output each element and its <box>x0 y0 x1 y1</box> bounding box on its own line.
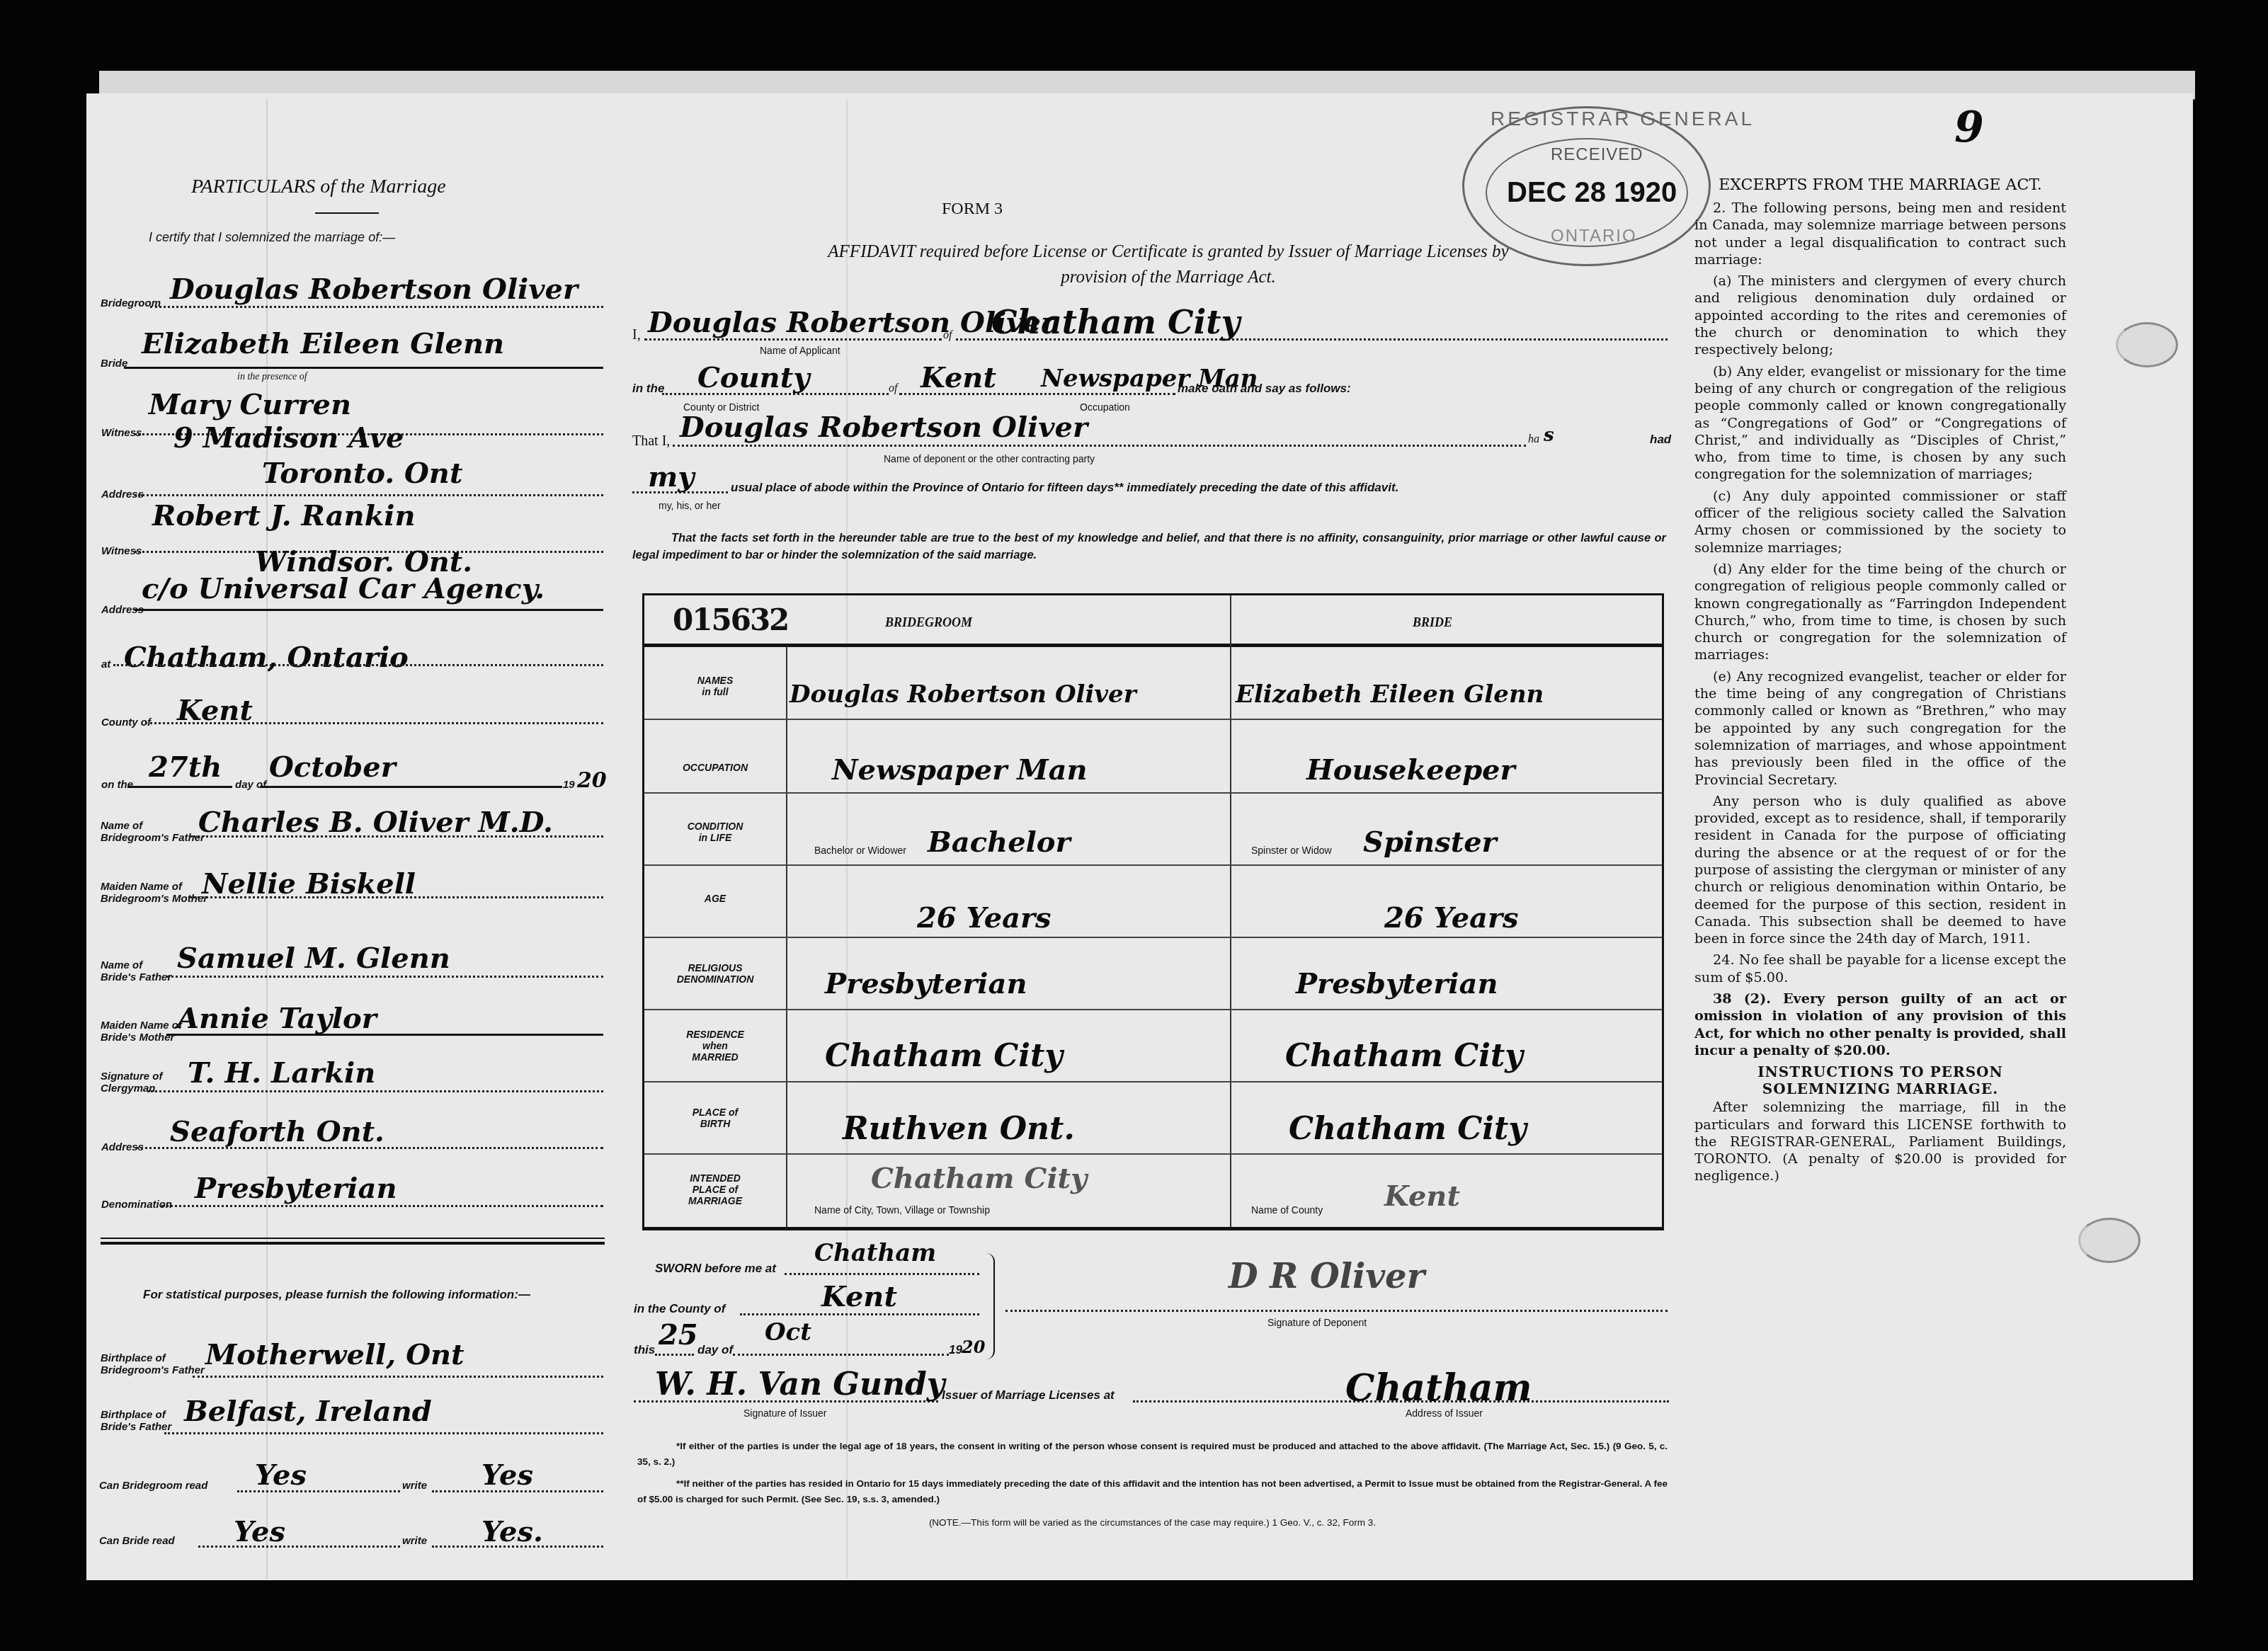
label-line: Bridegroom's Father <box>101 1364 205 1376</box>
row-label-occupation: OCCUPATION <box>644 762 786 773</box>
row-divider <box>644 1153 1662 1155</box>
cell-bride-condition[interactable]: Spinster <box>1363 825 1497 859</box>
label-line: MARRIED <box>644 1051 786 1063</box>
label-that-i: That I, <box>632 433 670 450</box>
affidavit-title-bold: AFFIDAVIT <box>828 242 915 261</box>
row-label-religion: RELIGIOUSDENOMINATION <box>644 962 786 985</box>
label-year-prefix: 19 <box>563 779 575 791</box>
label-line: Name of <box>101 959 171 971</box>
line <box>260 786 562 788</box>
label-line: PLACE of <box>644 1107 786 1118</box>
label-line: DENOMINATION <box>644 973 786 985</box>
label-line: CONDITION <box>644 821 786 832</box>
row-label-birthplace: PLACE ofBIRTH <box>644 1107 786 1129</box>
stamp-received: RECEIVED <box>1551 145 1643 165</box>
cell-bride-age[interactable]: 26 Years <box>1384 901 1519 935</box>
excerpt-paragraph: (a) The ministers and clergymen of every… <box>1694 273 2066 358</box>
label-line: AGE <box>644 893 786 904</box>
affidavit-title-rest-2: provision of the Marriage Act. <box>1061 268 1275 287</box>
certificate-number: 015632 <box>673 602 788 637</box>
label-i: I, <box>632 327 641 343</box>
label-line: NAMES <box>644 675 786 686</box>
label-of: of <box>943 329 952 342</box>
row-divider <box>644 864 1662 866</box>
value-bride-read[interactable]: Yes <box>234 1515 285 1548</box>
line <box>127 786 232 788</box>
label-presence: in the presence of <box>237 372 307 383</box>
line <box>1005 1310 1668 1312</box>
cell-groom-birthplace[interactable]: Ruthven Ont. <box>843 1111 1075 1147</box>
line <box>198 1546 400 1548</box>
value-bridegroom[interactable]: Douglas Robertson Oliver <box>170 273 578 306</box>
label-line: Maiden Name of <box>101 881 207 893</box>
value-sworn-month[interactable]: Oct <box>765 1318 811 1347</box>
cell-groom-religion[interactable]: Presbyterian <box>825 967 1027 1000</box>
label-line: MARRIAGE <box>644 1195 786 1206</box>
excerpt-paragraph: (b) Any elder, evangelist or missionary … <box>1694 363 2066 484</box>
table-header <box>644 595 1662 647</box>
cell-intended-city[interactable]: Chatham City <box>871 1162 1087 1195</box>
table-divider <box>1230 595 1231 1227</box>
particulars-title-rest: of the Marriage <box>320 176 445 198</box>
label-in-the: in the <box>632 382 664 394</box>
label-on-the: on the <box>101 779 133 791</box>
label-bride-mother: Maiden Name of Bride's Mother <box>101 1019 182 1044</box>
label-of: of <box>889 382 897 395</box>
cell-intended-county[interactable]: Kent <box>1384 1179 1460 1213</box>
value-sworn-place[interactable]: Chatham <box>814 1239 936 1267</box>
label-groom-father: Name of Bridegroom's Father <box>101 820 205 844</box>
divider <box>101 1238 605 1239</box>
label-line: RESIDENCE <box>644 1029 786 1040</box>
label-line: Clergyman <box>101 1082 163 1095</box>
excerpt-paragraph: 2. The following persons, being men and … <box>1694 200 2066 268</box>
line <box>135 609 603 611</box>
line <box>124 367 603 369</box>
form-label: FORM 3 <box>942 200 1003 219</box>
value-groom-father[interactable]: Charles B. Oliver M.D. <box>198 806 553 839</box>
line <box>733 1354 949 1356</box>
label-year-prefix: 19 <box>949 1344 962 1356</box>
line <box>161 1205 603 1207</box>
stamp-ring-text: REGISTRAR GENERAL <box>1491 108 1755 130</box>
label-line: when <box>644 1040 786 1051</box>
footnote-residence: **If neither of the parties has resided … <box>637 1476 1668 1507</box>
punch-hole <box>2078 1218 2141 1263</box>
hint-spinster-or-widow: Spinster or Widow <box>1251 845 1332 856</box>
label-line: Bridegroom's Father <box>101 832 205 844</box>
row-label-intended-place: INTENDEDPLACE ofMARRIAGE <box>644 1172 786 1206</box>
value-county-word[interactable]: County <box>697 361 809 394</box>
hint-my-his-her: my, his, or her <box>659 500 721 511</box>
row-label-condition: CONDITIONin LIFE <box>644 821 786 843</box>
particulars-title: PARTICULARS of the Marriage <box>191 176 446 198</box>
value-month[interactable]: October <box>269 750 396 784</box>
line <box>740 1313 979 1315</box>
brace <box>986 1253 995 1359</box>
label-had: had <box>1650 433 1671 445</box>
label-write: write <box>402 1480 427 1492</box>
label-line: Maiden Name of <box>101 1019 182 1032</box>
value-clergy-address[interactable]: Seaforth Ont. <box>170 1115 384 1148</box>
value-groom-write[interactable]: Yes <box>481 1458 533 1492</box>
value-sworn-county[interactable]: Kent <box>821 1280 897 1313</box>
stamp-date: DEC 28 1920 <box>1507 177 1677 209</box>
hint-name-of-deponent: Name of deponent or the other contractin… <box>884 453 1095 464</box>
label-line: Bride's Father <box>101 1421 171 1433</box>
punch-hole <box>2116 322 2178 367</box>
line <box>785 1273 979 1275</box>
value-witness2-address-line2[interactable]: c/o Universal Car Agency. <box>142 572 545 605</box>
particulars-title-main: PARTICULARS <box>191 176 315 198</box>
label-line: Name of <box>101 820 205 832</box>
cell-bride-birthplace[interactable]: Chatham City <box>1289 1111 1527 1147</box>
cell-groom-residence[interactable]: Chatham City <box>825 1038 1063 1074</box>
line <box>150 306 603 308</box>
label-bride-read: Can Bride read <box>99 1535 175 1547</box>
divider <box>101 1242 605 1245</box>
value-bride-mother[interactable]: Annie Taylor <box>177 1002 377 1035</box>
value-bride[interactable]: Elizabeth Eileen Glenn <box>142 327 504 360</box>
label-bride-father: Name of Bride's Father <box>101 959 171 983</box>
marriage-act-excerpts: EXCERPTS FROM THE MARRIAGE ACT. 2. The f… <box>1694 177 2066 1189</box>
label-line: INTENDED <box>644 1172 786 1184</box>
label-bride-father-birthplace: Birthplace of Bride's Father <box>101 1409 171 1433</box>
line <box>164 1432 603 1434</box>
value-witness1-address-line2[interactable]: Toronto. Ont <box>262 457 462 490</box>
line <box>673 445 1526 447</box>
excerpt-paragraph: (d) Any elder for the time being of the … <box>1694 561 2066 664</box>
line <box>147 1090 603 1092</box>
hint-bachelor-or-widower: Bachelor or Widower <box>814 845 906 856</box>
line <box>193 1376 603 1378</box>
cell-bride-name[interactable]: Elizabeth Eileen Glenn <box>1236 680 1544 709</box>
excerpt-paragraph: (e) Any recognized evangelist, teacher o… <box>1694 668 2066 789</box>
value-clergyman-signature[interactable]: T. H. Larkin <box>188 1056 375 1090</box>
facts-statement: That the facts set forth in the hereunde… <box>632 530 1666 564</box>
label-day-of: day of <box>697 1344 733 1356</box>
label-make-oath: make oath and say as follows: <box>1178 382 1351 394</box>
row-label-residence: RESIDENCEwhenMARRIED <box>644 1029 786 1063</box>
value-issuer-signature[interactable]: W. H. Van Gundy <box>655 1366 945 1403</box>
value-ha-suffix[interactable]: s <box>1544 425 1554 446</box>
excerpt-paragraph: 38 (2). Every person guilty of an act or… <box>1694 990 2066 1059</box>
divider <box>315 212 379 214</box>
line <box>135 494 603 496</box>
label-line: Birthplace of <box>101 1409 171 1421</box>
label-this: this <box>634 1344 655 1356</box>
hint-signature-of-deponent: Signature of Deponent <box>1267 1317 1367 1328</box>
cell-groom-occupation[interactable]: Newspaper Man <box>832 753 1088 787</box>
column-header-bride: BRIDE <box>1413 615 1452 630</box>
line <box>113 664 603 666</box>
hint-name-of-applicant: Name of Applicant <box>760 345 840 356</box>
row-divider <box>644 792 1662 794</box>
cell-groom-age[interactable]: 26 Years <box>917 901 1052 935</box>
label-issuer-at: Issuer of Marriage Licenses at <box>942 1389 1115 1401</box>
value-groom-father-birthplace[interactable]: Motherwell, Ont <box>205 1338 465 1371</box>
value-year[interactable]: 20 <box>577 768 607 793</box>
row-divider <box>644 937 1662 938</box>
value-groom-mother[interactable]: Nellie Biskell <box>202 867 416 901</box>
label-in-county-of: in the County of <box>634 1303 725 1315</box>
hint-county: Name of County <box>1251 1204 1323 1216</box>
value-bride-write[interactable]: Yes. <box>481 1515 543 1548</box>
corner-mark: 9 <box>1954 103 1984 152</box>
instructions-title: INSTRUCTIONS TO PERSON SOLEMNIZING MARRI… <box>1694 1063 2066 1097</box>
label-line: Signature of <box>101 1070 163 1082</box>
label-line: PLACE of <box>644 1184 786 1195</box>
particulars-table: 015632 BRIDEGROOM BRIDE NAMESin full Dou… <box>642 593 1664 1230</box>
row-divider <box>644 1009 1662 1010</box>
label-line: Birthplace of <box>101 1352 205 1364</box>
row-divider <box>644 1081 1662 1082</box>
label-groom-father-birthplace: Birthplace of Bridegroom's Father <box>101 1352 205 1376</box>
excerpt-paragraph: Any person who is duly qualified as abov… <box>1694 793 2066 948</box>
statistical-intro: For statistical purposes, please furnish… <box>101 1285 603 1305</box>
value-groom-read[interactable]: Yes <box>255 1458 307 1492</box>
cell-groom-condition[interactable]: Bachelor <box>928 825 1071 859</box>
label-day-of: day of <box>235 779 266 791</box>
label-abode-text: usual place of abode within the Province… <box>731 481 1398 493</box>
row-label-age: AGE <box>644 893 786 904</box>
label-line: OCCUPATION <box>644 762 786 773</box>
label-line: Bridegroom's Mother <box>101 893 207 905</box>
cell-bride-residence[interactable]: Chatham City <box>1285 1038 1523 1074</box>
label-line: Bride's Father <box>101 971 171 983</box>
value-sworn-year[interactable]: 20 <box>962 1337 985 1357</box>
excerpt-paragraph: 24. No fee shall be payable for a licens… <box>1694 952 2066 986</box>
value-pronoun[interactable]: my <box>648 460 695 493</box>
cell-bride-occupation[interactable]: Housekeeper <box>1306 753 1515 787</box>
hint-city-town: Name of City, Town, Village or Township <box>814 1204 990 1216</box>
label-line: BIRTH <box>644 1118 786 1129</box>
cell-groom-name[interactable]: Douglas Robertson Oliver <box>790 680 1136 709</box>
value-witness1[interactable]: Mary Curren <box>149 388 351 421</box>
value-county-name[interactable]: Kent <box>921 361 996 394</box>
label-sworn-at: SWORN before me at <box>655 1262 776 1274</box>
label-groom-read: Can Bridegroom read <box>99 1480 207 1492</box>
value-sworn-day[interactable]: 25 <box>659 1318 698 1352</box>
column-header-bridegroom: BRIDEGROOM <box>885 615 972 630</box>
excerpt-paragraph: (c) Any duly appointed commissioner or s… <box>1694 488 2066 556</box>
value-witness2[interactable]: Robert J. Rankin <box>152 499 416 532</box>
value-witness1-address-line1[interactable]: 9 Madison Ave <box>173 421 404 455</box>
value-at-place[interactable]: Chatham, Ontario <box>124 641 409 674</box>
line <box>655 1354 694 1356</box>
footnote-age: *If either of the parties is under the l… <box>637 1439 1668 1470</box>
hint-signature-of-issuer: Signature of Issuer <box>743 1407 827 1419</box>
hint-address-of-issuer: Address of Issuer <box>1406 1407 1483 1419</box>
label-line: in full <box>644 686 786 697</box>
instructions-text: After solemnizing the marriage, fill in … <box>1694 1099 2066 1184</box>
label-groom-mother: Maiden Name of Bridegroom's Mother <box>101 881 207 905</box>
value-deponent-signature[interactable]: D R Oliver <box>1229 1257 1425 1296</box>
label-line: RELIGIOUS <box>644 962 786 973</box>
label-write: write <box>402 1535 427 1547</box>
cell-bride-religion[interactable]: Presbyterian <box>1296 967 1498 1000</box>
label-at: at <box>101 658 110 670</box>
line <box>145 722 603 724</box>
label-ha: ha <box>1528 433 1539 446</box>
label-line: in LIFE <box>644 832 786 843</box>
value-bride-father-birthplace[interactable]: Belfast, Ireland <box>184 1395 432 1428</box>
footnote-note: (NOTE.—This form will be varied as the c… <box>637 1515 1668 1531</box>
affidavit-title: AFFIDAVIT required before License or Cer… <box>648 239 1689 290</box>
value-issuer-address[interactable]: Chatham <box>1345 1366 1532 1410</box>
value-denomination[interactable]: Presbyterian <box>195 1172 397 1205</box>
row-label-names: NAMESin full <box>644 675 786 697</box>
certify-text: I certify that I solemnized the marriage… <box>149 230 395 245</box>
value-day[interactable]: 27th <box>149 750 222 784</box>
excerpts-title: EXCERPTS FROM THE MARRIAGE ACT. <box>1694 177 2066 194</box>
value-deponent[interactable]: Douglas Robertson Oliver <box>680 411 1088 444</box>
value-bride-father[interactable]: Samuel M. Glenn <box>177 942 450 975</box>
affidavit-title-rest: required before License or Certificate i… <box>920 242 1509 261</box>
label-county-of: County of <box>101 716 151 729</box>
row-divider <box>644 719 1662 720</box>
line <box>166 976 603 978</box>
value-of-place[interactable]: Chatham City <box>991 303 1240 341</box>
